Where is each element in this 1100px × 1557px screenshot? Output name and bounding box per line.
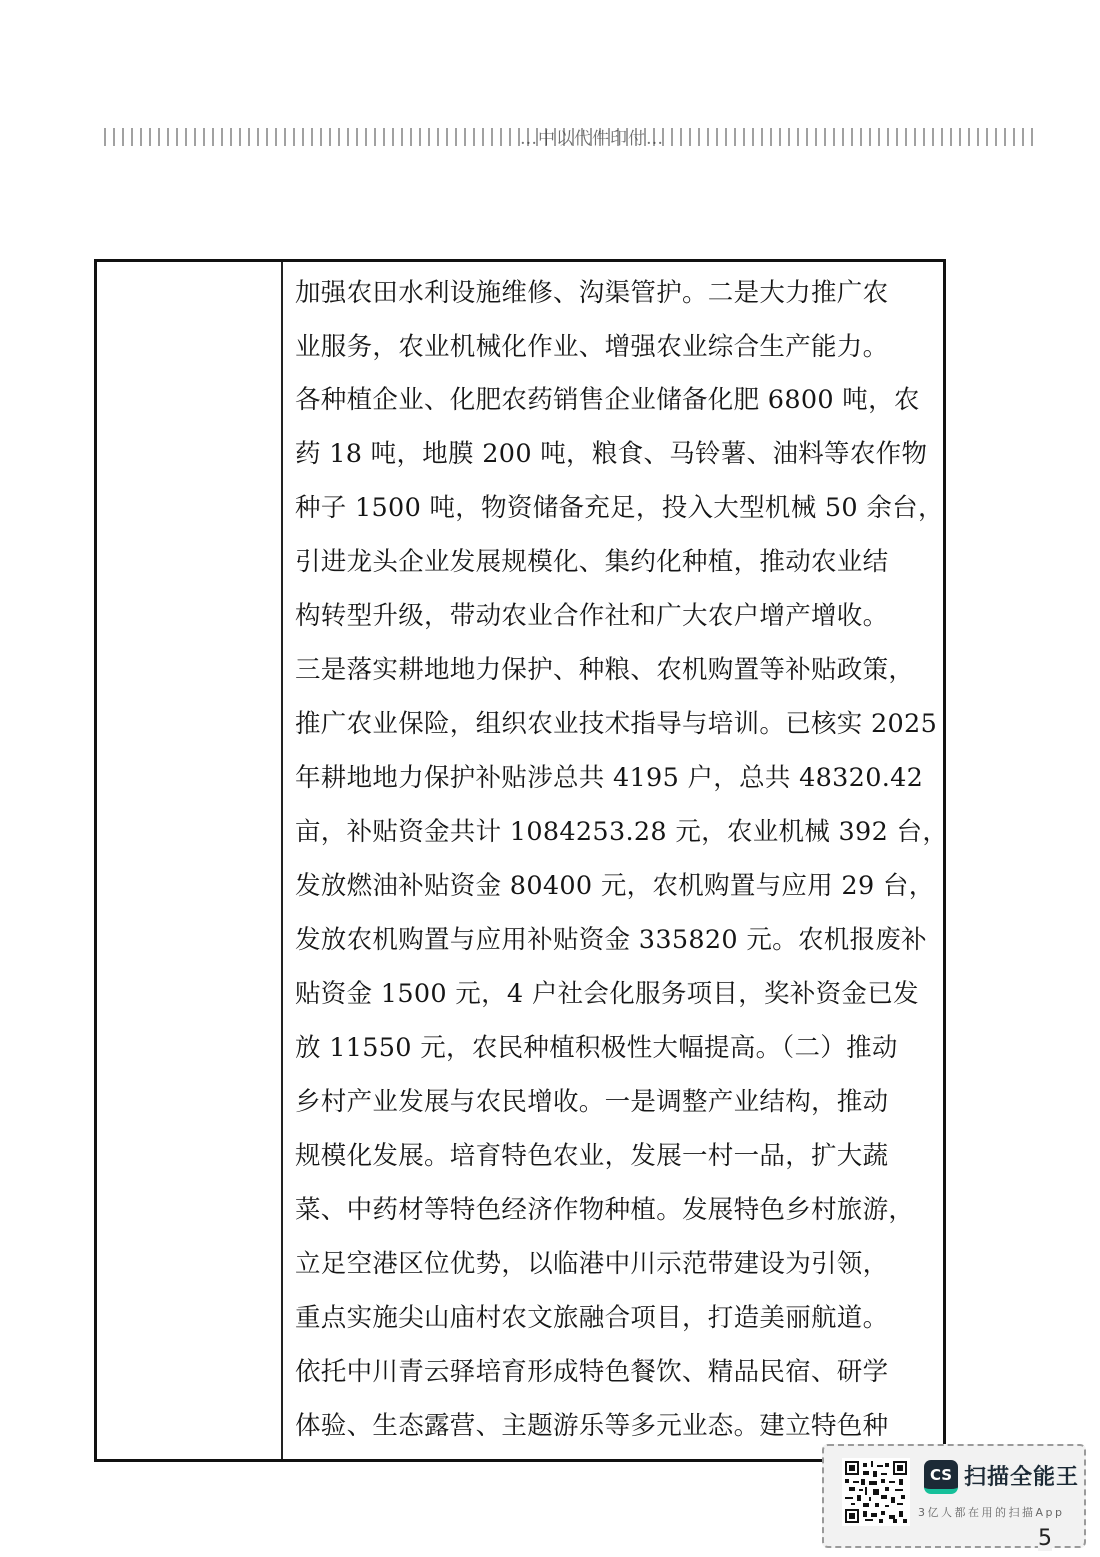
text-line: 菜、中药材等特色经济作物种植。发展特色乡村旅游， bbox=[295, 1195, 914, 1225]
text-line: 种子 1500 吨，物资储备充足，投入大型机械 50 余台， bbox=[295, 493, 944, 523]
text-line: 贴资金 1500 元，4 户社会化服务项目，奖补资金已发 bbox=[295, 979, 919, 1009]
text-line: 体验、生态露营、主题游乐等多元业态。建立特色种 bbox=[295, 1411, 888, 1441]
content-table: 加强农田水利设施维修、沟渠管护。二是大力推广农 业服务，农业机械化作业、增强农业… bbox=[94, 259, 946, 1462]
text-line: 加强农田水利设施维修、沟渠管护。二是大力推广农 bbox=[295, 278, 888, 308]
text-line: 放 11550 元，农民种植积极性大幅提高。（二）推动 bbox=[295, 1033, 898, 1063]
text-line: 立足空港区位优势，以临港中川示范带建设为引领， bbox=[295, 1249, 888, 1279]
text-line: 年耕地地力保护补贴涉总共 4195 户，总共 48320.42 bbox=[295, 763, 923, 793]
text-line: 推广农业保险，组织农业技术指导与培训。已核实 2025 bbox=[295, 709, 937, 739]
page-number: 5 bbox=[1038, 1526, 1052, 1551]
table-left-cell bbox=[97, 262, 283, 1459]
text-line: 引进龙头企业发展规模化、集约化种植，推动农业结 bbox=[295, 547, 888, 577]
text-line: 规模化发展。培育特色农业，发展一村一品，扩大蔬 bbox=[295, 1141, 888, 1171]
text-line: 乡村产业发展与农民增收。一是调整产业结构，推动 bbox=[295, 1087, 888, 1117]
text-line: 亩，补贴资金共计 1084253.28 元，农业机械 392 台， bbox=[295, 817, 948, 847]
camscanner-logo-icon: CS bbox=[924, 1460, 958, 1494]
brand-slogan: 3亿人都在用的扫描App bbox=[918, 1504, 1065, 1520]
table-right-cell: 加强农田水利设施维修、沟渠管护。二是大力推广农 业服务，农业机械化作业、增强农业… bbox=[285, 262, 943, 1459]
text-line: 药 18 吨，地膜 200 吨，粮食、马铃薯、油料等农作物 bbox=[295, 439, 927, 469]
text-line: 各种植企业、化肥农药销售企业储备化肥 6800 吨，农 bbox=[295, 385, 920, 415]
qr-code-icon[interactable] bbox=[842, 1458, 910, 1526]
text-line: 依托中川青云驿培育形成特色餐饮、精品民宿、研学 bbox=[295, 1357, 888, 1387]
scan-header-text: …中以代件印付… bbox=[520, 124, 664, 149]
text-line: 发放农机购置与应用补贴资金 335820 元。农机报废补 bbox=[295, 925, 927, 955]
text-line: 三是落实耕地地力保护、种粮、农机购置等补贴政策， bbox=[295, 655, 914, 685]
text-line: 重点实施尖山庙村农文旅融合项目，打造美丽航道。 bbox=[295, 1303, 888, 1333]
brand-name: 扫描全能王 bbox=[964, 1460, 1079, 1491]
text-line: 构转型升级，带动农业合作社和广大农户增产增收。 bbox=[295, 601, 888, 631]
text-line: 业服务，农业机械化作业、增强农业综合生产能力。 bbox=[295, 332, 888, 362]
text-line: 发放燃油补贴资金 80400 元，农机购置与应用 29 台， bbox=[295, 871, 935, 901]
